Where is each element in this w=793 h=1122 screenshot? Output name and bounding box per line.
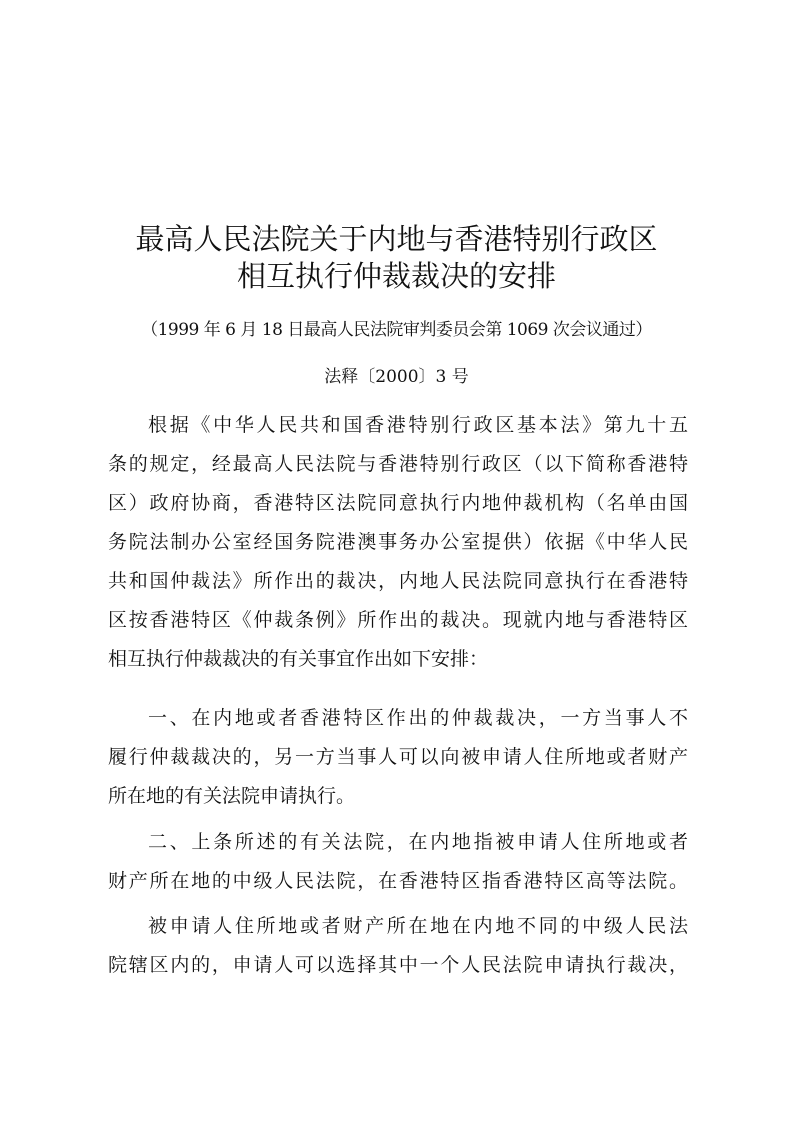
document-title-line-1: 最高人民法院关于内地与香港特别行政区 <box>0 220 793 258</box>
text-line: 院辖区内的，申请人可以选择其中一个人民法院申请执行裁决， <box>108 952 688 978</box>
text-line: 二、上条所述的有关法院，在内地指被申请人住所地或者 <box>148 829 688 855</box>
text-line: 根据《中华人民共和国香港特别行政区基本法》第九十五 <box>148 412 688 438</box>
text-line: 被申请人住所地或者财产所在地在内地不同的中级人民法 <box>148 913 688 939</box>
document-page: 最高人民法院关于内地与香港特别行政区 相互执行仲裁裁决的安排 （1999 年 6… <box>0 0 793 1122</box>
adoption-note: （1999 年 6 月 18 日最高人民法院审判委员会第 1069 次会议通过） <box>0 318 793 342</box>
text-line: 相互执行仲裁裁决的有关事宜作出如下安排： <box>108 646 688 672</box>
text-line: 履行仲裁裁决的，另一方当事人可以向被申请人住所地或者财产 <box>108 744 688 770</box>
text-line: 区按香港特区《仲裁条例》所作出的裁决。现就内地与香港特区 <box>108 607 688 633</box>
text-line: 一、在内地或者香港特区作出的仲裁裁决，一方当事人不 <box>148 705 688 731</box>
text-line: 财产所在地的中级人民法院，在香港特区指香港特区高等法院。 <box>108 868 688 894</box>
document-number: 法释〔2000〕3 号 <box>0 365 793 389</box>
text-line: 所在地的有关法院申请执行。 <box>108 783 688 809</box>
text-line: 共和国仲裁法》所作出的裁决，内地人民法院同意执行在香港特 <box>108 568 688 594</box>
text-line: 务院法制办公室经国务院港澳事务办公室提供）依据《中华人民 <box>108 529 688 555</box>
text-line: 条的规定，经最高人民法院与香港特别行政区（以下简称香港特 <box>108 451 688 477</box>
document-title-line-2: 相互执行仲裁裁决的安排 <box>0 257 793 295</box>
text-line: 区）政府协商，香港特区法院同意执行内地仲裁机构（名单由国 <box>108 490 688 516</box>
